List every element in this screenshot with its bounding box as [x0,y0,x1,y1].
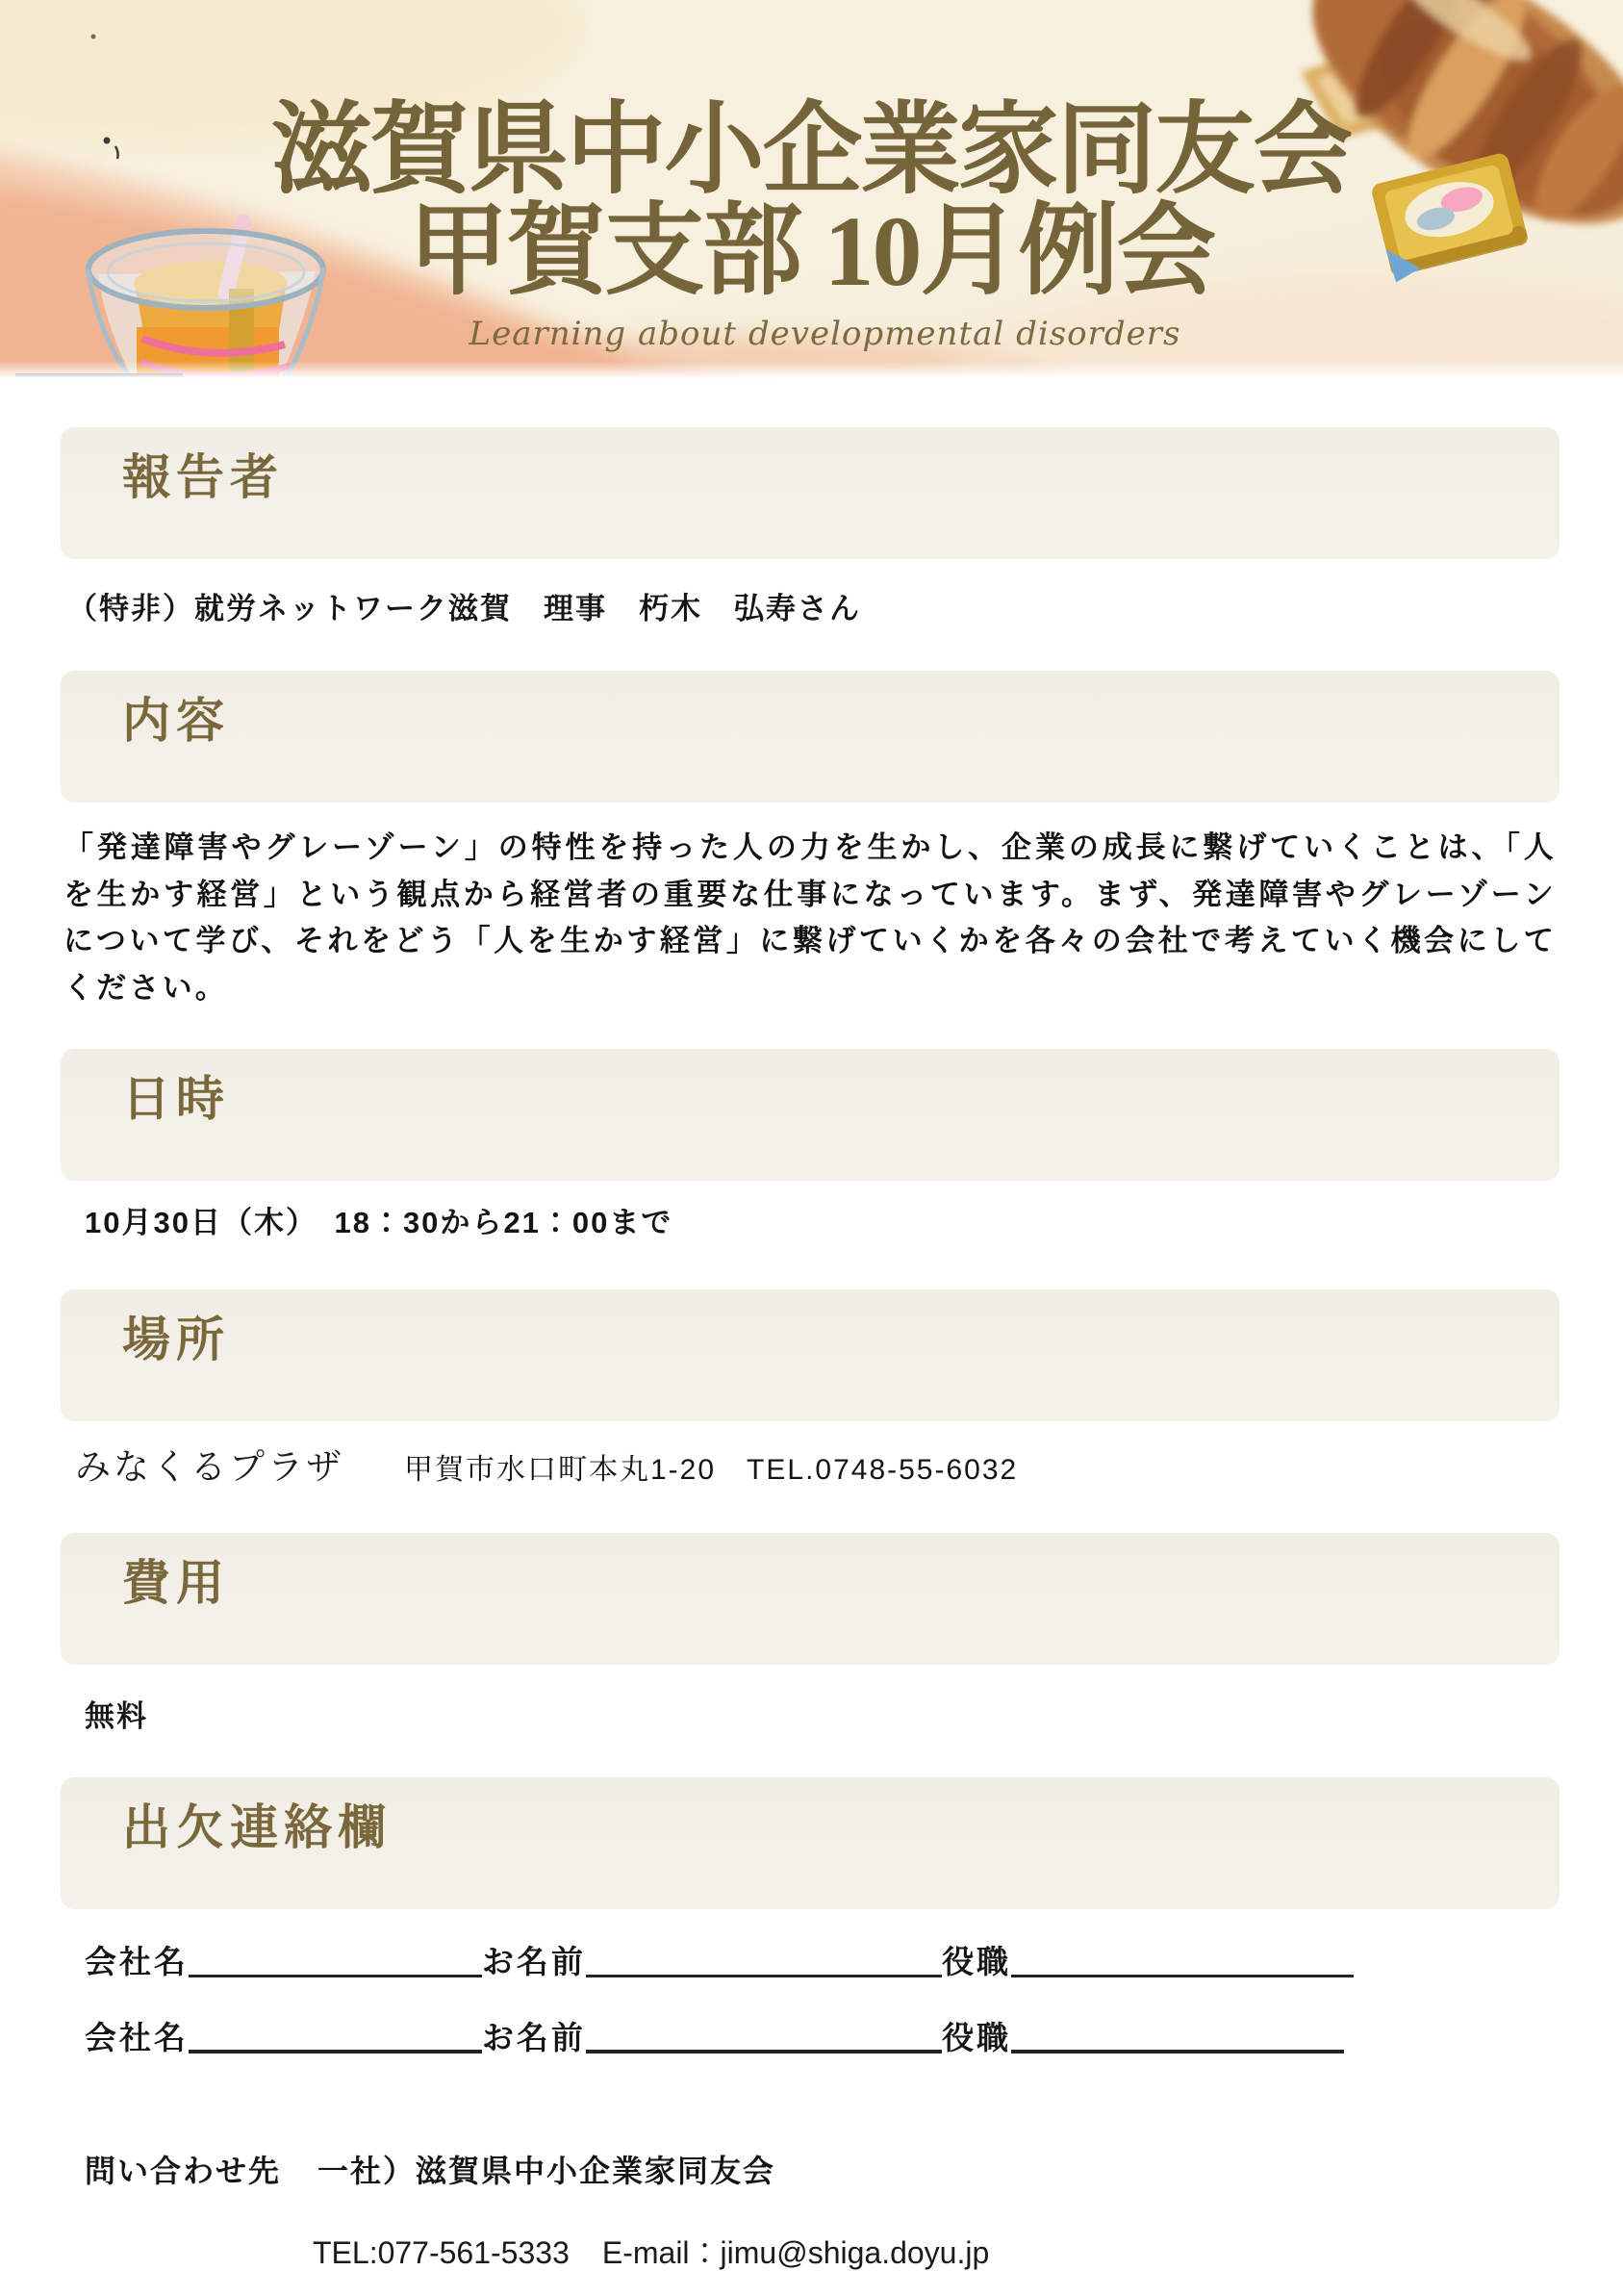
company-blank-line [189,1946,482,1977]
section-band-place: 場所 [61,1289,1560,1421]
attendance-row: 会社名 お名前 役職 [85,1937,1354,1979]
section-title-place: 場所 [61,1289,1560,1365]
section-band-rsvp: 出欠連絡欄 [61,1777,1560,1909]
role-blank-line [1011,1946,1354,1977]
organization-name: 一社）滋賀県中小企業家同友会 [317,2154,775,2188]
inquiry-line: 問い合わせ先一社）滋賀県中小企業家同友会 [85,2147,775,2191]
role-blank-line [1011,2021,1344,2054]
section-band-cost: 費用 [61,1533,1560,1665]
event-tagline: Learning about developmental disorders [13,315,1623,353]
cost-body: 無料 [85,1696,148,1737]
contact-details-line: TEL:077-561-5333E-mail：jimu@shiga.doyu.j… [313,2229,989,2273]
name-label: お名前 [482,1945,586,1979]
datetime-body: 10月30日（木） 18：30から21：00まで [85,1203,672,1243]
phone-number: TEL:077-561-5333 [313,2235,570,2270]
event-title: 滋賀県中小企業家同友会 甲賀支部 10月例会 [0,100,1623,302]
role-label: 役職 [942,2021,1011,2055]
section-band-reporter: 報告者 [61,427,1560,559]
venue-address: 甲賀市水口町本丸1-20 TEL.0748-55-6032 [404,1445,1018,1488]
section-title-rsvp: 出欠連絡欄 [61,1777,1560,1853]
header-banner: 滋賀県中小企業家同友会 甲賀支部 10月例会 Learning about de… [0,0,1623,378]
section-title-cost: 費用 [61,1533,1560,1609]
reporter-body: （特非）就労ネットワーク滋賀 理事 朽木 弘寿さん [67,589,861,629]
name-label: お名前 [482,2021,586,2055]
section-title-datetime: 日時 [61,1049,1560,1125]
flyer-page: 滋賀県中小企業家同友会 甲賀支部 10月例会 Learning about de… [0,0,1623,2296]
company-blank-line [189,2021,482,2054]
section-title-content: 内容 [61,671,1560,747]
section-band-datetime: 日時 [61,1049,1560,1181]
company-label: 会社名 [85,1945,189,1979]
name-blank-line [586,2021,942,2054]
event-title-line1: 滋賀県中小企業家同友会 [0,100,1623,201]
name-blank-line [586,1946,942,1977]
place-body: みなくるプラザ 甲賀市水口町本丸1-20 TEL.0748-55-6032 [75,1438,1018,1490]
attendance-row: 会社名 お名前 役職 [85,2013,1344,2055]
email-address: E-mail：jimu@shiga.doyu.jp [602,2235,989,2270]
header-fade [0,361,1623,378]
inquiry-label: 問い合わせ先 [85,2154,281,2188]
event-title-line2: 甲賀支部 10月例会 [0,201,1623,302]
venue-name: みなくるプラザ [75,1438,344,1490]
role-label: 役職 [942,1945,1011,1979]
section-title-reporter: 報告者 [61,427,1560,503]
content-body: 「発達障害やグレーゾーン」の特性を持った人の力を生かし、企業の成長に繋げていくこ… [63,825,1557,1011]
section-band-content: 内容 [61,671,1560,803]
company-label: 会社名 [85,2021,189,2055]
